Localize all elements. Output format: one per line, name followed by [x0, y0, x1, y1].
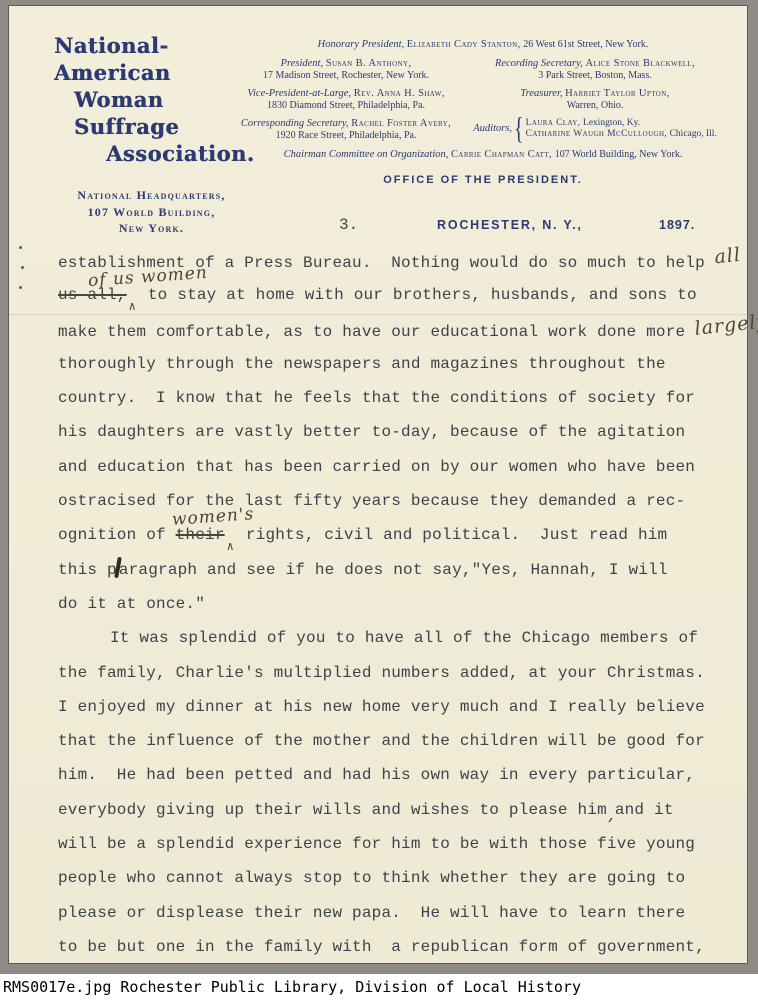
officer-entry: Honorary President, Elizabeth Cady Stant…: [234, 39, 732, 51]
officer-address: 26 West 61st Street, New York.: [523, 39, 648, 50]
letter-page: National-American Woman Suffrage Associa…: [8, 5, 748, 964]
officer-title: Chairman Committee on Organization,: [284, 149, 449, 160]
typed-text: him. He had been petted and had his own …: [58, 766, 695, 784]
officers-block: Honorary President, Elizabeth Cady Stant…: [234, 39, 732, 186]
letter-line: to be but one in the family with a repub…: [58, 930, 736, 964]
typed-text: please or displease their new papa. He w…: [58, 904, 685, 922]
typed-text: this p: [58, 561, 117, 579]
officer-name: Elizabeth Cady Stanton,: [407, 39, 521, 50]
caption-bar: RMS0017e.jpg Rochester Public Library, D…: [0, 974, 758, 1002]
officers-column-left: President, Susan B. Anthony,17 Madison S…: [234, 58, 458, 148]
officer-name: Rachel Foster Avery,: [351, 118, 451, 129]
letter-line: ognition of women'stheir∧ rights, civil …: [58, 518, 736, 552]
org-name: National-American Woman Suffrage Associa…: [54, 32, 249, 167]
letter-line: the family, Charlie's multiplied numbers…: [58, 656, 736, 690]
typed-text: make them comfortable, as to have our ed…: [58, 323, 685, 341]
letter-line: and education that has been carried on b…: [58, 450, 736, 484]
auditors-entry: Auditors,{Laura Clay, Lexington, Ky.Cath…: [458, 118, 732, 139]
officer-entry: Corresponding Secretary, Rachel Foster A…: [234, 118, 458, 141]
typed-text: rights, civil and political. Just read h…: [236, 526, 667, 544]
letter-line: It was splendid of you to have all of th…: [58, 621, 736, 655]
officer-address: 1920 Race Street, Philadelphia, Pa.: [234, 130, 458, 141]
officer-name: Rev. Anna H. Shaw,: [354, 88, 445, 99]
org-name-line: Woman Suffrage: [54, 86, 249, 140]
letter-line: will be a splendid experience for him to…: [58, 827, 736, 861]
letter-line: thoroughly through the newspapers and ma…: [58, 347, 736, 381]
officer-name: Harriet Taylor Upton,: [565, 88, 670, 99]
typed-text: his daughters are vastly better to-day, …: [58, 423, 685, 441]
typed-text: aragraph and see if he does not say,"Yes…: [119, 561, 668, 579]
letter-line: people who cannot always stop to think w…: [58, 861, 736, 895]
typed-text: It was splendid of you to have all of th…: [110, 629, 698, 647]
officer-name: Alice Stone Blackwell,: [585, 58, 695, 69]
officer-entry: Recording Secretary, Alice Stone Blackwe…: [458, 58, 732, 81]
letter-line: I enjoyed my dinner at his new home very…: [58, 690, 736, 724]
officer-title: Corresponding Secretary,: [241, 118, 349, 129]
officer-address: Warren, Ohio.: [458, 100, 732, 111]
chairman-line: Chairman Committee on Organization, Carr…: [234, 149, 732, 161]
officer-title: President,: [281, 58, 323, 69]
brace-glyph: {: [514, 119, 524, 138]
paper-speck: [19, 246, 22, 249]
caret-mark: ∧: [227, 541, 234, 553]
letter-line: him. He had been petted and had his own …: [58, 758, 736, 792]
letter-line: his daughters are vastly better to-day, …: [58, 415, 736, 449]
officer-title: Honorary President,: [318, 39, 405, 50]
officer-name: Laura Clay,: [526, 118, 581, 128]
letter-line: everybody giving up their wills and wish…: [58, 793, 736, 827]
officer-entry: Vice-President-at-Large, Rev. Anna H. Sh…: [234, 88, 458, 111]
officer-entry: President, Susan B. Anthony,17 Madison S…: [234, 58, 458, 81]
typed-text: to stay at home with our brothers, husba…: [138, 286, 697, 304]
paper-speck: [21, 266, 24, 269]
officer-title: Recording Secretary,: [495, 58, 583, 69]
typed-text: ostracised for the last fifty years beca…: [58, 492, 685, 510]
officer-name: Susan B. Anthony,: [326, 58, 412, 69]
letter-line: please or displease their new papa. He w…: [58, 896, 736, 930]
officer-address: 17 Madison Street, Rochester, New York.: [234, 70, 458, 81]
auditor-line: Laura Clay, Lexington, Ky.: [526, 118, 717, 129]
typed-text: thoroughly through the newspapers and ma…: [58, 355, 666, 373]
typed-text: the family, Charlie's multiplied numbers…: [58, 664, 705, 682]
caret-mark: ∧: [129, 301, 136, 313]
officers-columns: President, Susan B. Anthony,17 Madison S…: [234, 58, 732, 148]
letter-line: of us womenus all,∧ to stay at home with…: [58, 278, 736, 312]
typed-text: ognition of: [58, 526, 176, 544]
page-number: 3.: [339, 216, 358, 234]
officers-column-right: Recording Secretary, Alice Stone Blackwe…: [458, 58, 732, 148]
officer-address: Chicago, Ill.: [670, 129, 717, 139]
headquarters-line: National Headquarters,: [54, 187, 249, 204]
scan-background: National-American Woman Suffrage Associa…: [0, 0, 758, 974]
typed-text: people who cannot always stop to think w…: [58, 869, 685, 887]
officer-entry: Chairman Committee on Organization, Carr…: [234, 149, 732, 161]
letter-line: country. I know that he feels that the c…: [58, 381, 736, 415]
dateline-place: ROCHESTER, N. Y.,: [437, 218, 583, 232]
officer-title: Treasurer,: [520, 88, 562, 99]
paper-speck: [19, 286, 22, 289]
typed-text: I enjoyed my dinner at his new home very…: [58, 698, 705, 716]
screenshot-root: National-American Woman Suffrage Associa…: [0, 0, 758, 1002]
typed-text: do it at once.": [58, 595, 205, 613]
typed-text: that the influence of the mother and the…: [58, 732, 705, 750]
typed-text: to be but one in the family with a repub…: [58, 938, 705, 956]
handwritten-comma: ,: [608, 804, 614, 825]
auditor-lines: Laura Clay, Lexington, Ky.Catharine Waug…: [526, 118, 717, 139]
letter-line: this paragraph and see if he does not sa…: [58, 553, 736, 587]
auditor-line: Catharine Waugh McCullough, Chicago, Ill…: [526, 129, 717, 140]
dateline-year: 1897.: [659, 218, 695, 232]
org-name-line: Association.: [54, 140, 249, 167]
dateline: 3. ROCHESTER, N. Y., 1897.: [9, 216, 747, 236]
letterhead-left: National-American Woman Suffrage Associa…: [54, 32, 249, 237]
paper-fold-line: [9, 314, 747, 315]
officer-name: Carrie Chapman Catt,: [451, 149, 552, 160]
typed-text: everybody giving up their wills and wish…: [58, 801, 607, 819]
typed-text: and it: [615, 801, 674, 819]
officer-name: Catharine Waugh McCullough,: [526, 129, 668, 139]
org-name-line: National-American: [54, 32, 249, 86]
letter-line: that the influence of the mother and the…: [58, 724, 736, 758]
officer-address: Lexington, Ky.: [583, 118, 640, 128]
letter-line: make them comfortable, as to have our ed…: [58, 313, 736, 347]
handwritten-text: largely: [693, 304, 758, 346]
handwritten-text: all: [713, 238, 743, 275]
typed-text: and education that has been carried on b…: [58, 458, 695, 476]
officer-address: 107 World Building, New York.: [555, 149, 683, 160]
officer-entry: Treasurer, Harriet Taylor Upton,Warren, …: [458, 88, 732, 111]
officer-title: Vice-President-at-Large,: [247, 88, 351, 99]
letter-line: do it at once.": [58, 587, 736, 621]
letter-line: ostracised for the last fifty years beca…: [58, 484, 736, 518]
typed-text: will be a splendid experience for him to…: [58, 835, 695, 853]
officer-address: 1830 Diamond Street, Philadelphia, Pa.: [234, 100, 458, 111]
officer-title: Auditors,: [473, 123, 512, 135]
officer-address: 3 Park Street, Boston, Mass.: [458, 70, 732, 81]
letter-body: establishment of a Press Bureau. Nothing…: [58, 244, 736, 964]
honorary-president-line: Honorary President, Elizabeth Cady Stant…: [234, 39, 732, 51]
office-of-president-line: OFFICE OF THE PRESIDENT.: [234, 174, 732, 186]
typed-text: country. I know that he feels that the c…: [58, 389, 695, 407]
